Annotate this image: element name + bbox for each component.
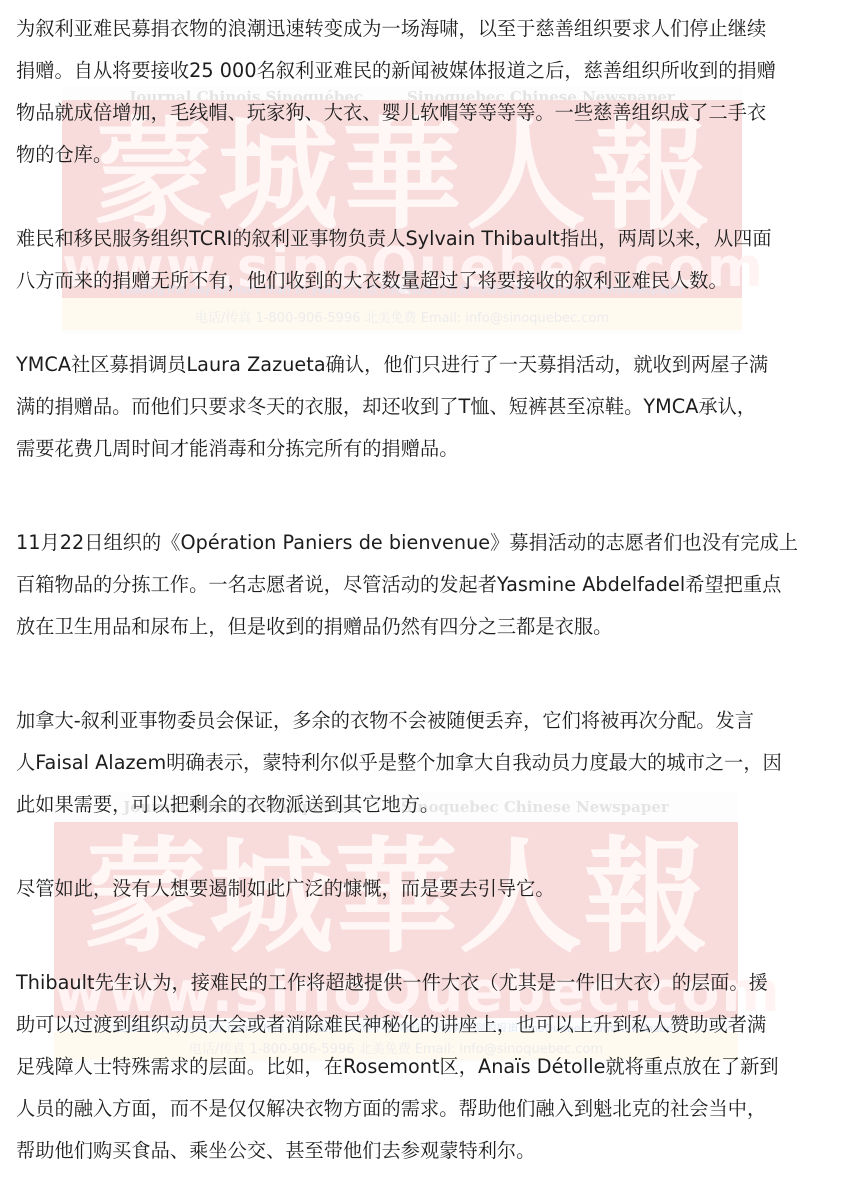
- text-line: 物品就成倍增加，毛线帽、玩家狗、大衣、婴儿软帽等等等等。一些慈善组织成了二手衣: [16, 101, 766, 124]
- text-line: 足残障人士特殊需求的层面。比如，在Rosemont区，Anaïs Détolle…: [16, 1055, 779, 1078]
- text-line: Thibault先生认为，接难民的工作将超越提供一件大衣（尤其是一件旧大衣）的层…: [16, 971, 768, 994]
- text-line: 八方而来的捐赠无所不有，他们收到的大衣数量超过了将要接收的叙利亚难民人数。: [16, 269, 728, 292]
- paragraph-canada-syria-committee: 加拿大-叙利亚事物委员会保证，多余的衣物不会被随便丢弃，它们将被再次分配。发言 …: [16, 700, 846, 826]
- text-line: 物的仓库。: [16, 143, 112, 166]
- paragraph-gap: [16, 826, 846, 868]
- text-line: 此如果需要，可以把剩余的衣物派送到其它地方。: [16, 793, 439, 816]
- text-line: 放在卫生用品和尿布上，但是收到的捐赠品仍然有四分之三都是衣服。: [16, 615, 612, 638]
- text-line: 助可以过渡到组织动员大会或者消除难民神秘化的讲座上，也可以上升到私人赞助或者满: [16, 1013, 766, 1036]
- paragraph-generosity: 尽管如此，没有人想要遏制如此广泛的慷慨，而是要去引导它。: [16, 868, 846, 910]
- paragraph-gap: [16, 648, 846, 700]
- text-line: 难民和移民服务组织TCRI的叙利亚事物负责人Sylvain Thibault指出…: [16, 227, 772, 250]
- paragraph-gap: [16, 470, 846, 522]
- paragraph-thibault-integration: Thibault先生认为，接难民的工作将超越提供一件大衣（尤其是一件旧大衣）的层…: [16, 962, 846, 1172]
- text-line: 人Faisal Alazem明确表示，蒙特利尔似乎是整个加拿大自我动员力度最大的…: [16, 751, 782, 774]
- text-line: 需要花费几周时间才能消毒和分拣完所有的捐赠品。: [16, 437, 458, 460]
- paragraph-gap: [16, 176, 846, 218]
- text-line: 人员的融入方面，而不是仅仅解决衣物方面的需求。帮助他们融入到魁北克的社会当中，: [16, 1097, 766, 1120]
- article-body: 为叙利亚难民募捐衣物的浪潮迅速转变成为一场海啸，以至于慈善组织要求人们停止继续 …: [16, 8, 846, 1172]
- text-line: 为叙利亚难民募捐衣物的浪潮迅速转变成为一场海啸，以至于慈善组织要求人们停止继续: [16, 17, 766, 40]
- paragraph-tcri: 难民和移民服务组织TCRI的叙利亚事物负责人Sylvain Thibault指出…: [16, 218, 846, 302]
- text-line: 捐赠。自从将要接收25 000名叙利亚难民的新闻被媒体报道之后，慈善组织所收到的…: [16, 59, 776, 82]
- paragraph-gap: [16, 910, 846, 962]
- text-line: 百箱物品的分拣工作。一名志愿者说，尽管活动的发起者Yasmine Abdelfa…: [16, 573, 781, 596]
- paragraph-operation-paniers: 11月22日组织的《Opération Paniers de bienvenue…: [16, 522, 846, 648]
- text-line: YMCA社区募捐调员Laura Zazueta确认，他们只进行了一天募捐活动，就…: [16, 353, 768, 376]
- paragraph-donation-tsunami: 为叙利亚难民募捐衣物的浪潮迅速转变成为一场海啸，以至于慈善组织要求人们停止继续 …: [16, 8, 846, 176]
- text-line: 满的捐赠品。而他们只要求冬天的衣服，却还收到了T恤、短裤甚至凉鞋。YMCA承认，: [16, 395, 756, 418]
- text-line: 加拿大-叙利亚事物委员会保证，多余的衣物不会被随便丢弃，它们将被再次分配。发言: [16, 709, 754, 732]
- paragraph-ymca: YMCA社区募捐调员Laura Zazueta确认，他们只进行了一天募捐活动，就…: [16, 344, 846, 470]
- paragraph-gap: [16, 302, 846, 344]
- text-line: 11月22日组织的《Opération Paniers de bienvenue…: [16, 531, 798, 554]
- text-line: 尽管如此，没有人想要遏制如此广泛的慷慨，而是要去引导它。: [16, 877, 555, 900]
- text-line: 帮助他们购买食品、乘坐公交、甚至带他们去参观蒙特利尔。: [16, 1139, 535, 1162]
